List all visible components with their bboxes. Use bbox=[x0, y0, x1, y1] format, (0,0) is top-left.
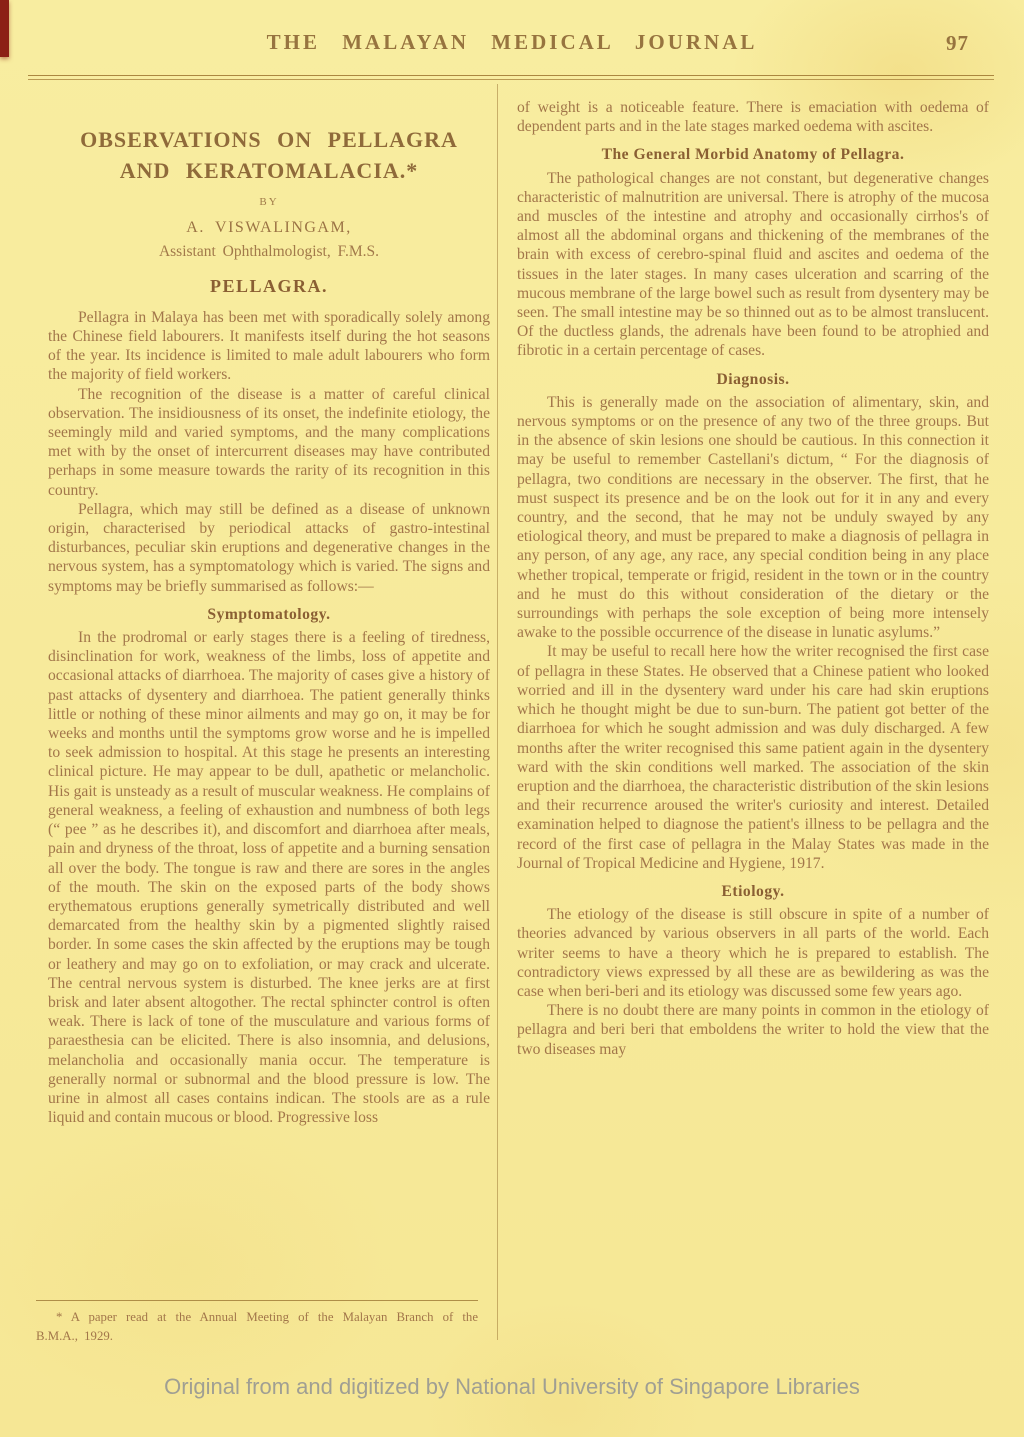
column-divider-rule bbox=[497, 84, 498, 1340]
paragraph: In the prodromal or early stages there i… bbox=[48, 628, 490, 1127]
paragraph: The recognition of the disease is a matt… bbox=[48, 385, 490, 500]
article-title-line1: OBSERVATIONS ON PELLAGRA bbox=[48, 124, 490, 155]
digitization-caption: Original from and digitized by National … bbox=[0, 1374, 1024, 1400]
header-double-rule bbox=[28, 75, 994, 80]
subheading-morbid-anatomy: The General Morbid Anatomy of Pellagra. bbox=[517, 145, 989, 164]
subheading-diagnosis: Diagnosis. bbox=[517, 370, 989, 389]
article-title-line2: AND KERATOMALACIA.* bbox=[48, 155, 490, 186]
right-column: of weight is a noticeable feature. There… bbox=[517, 98, 989, 1059]
paragraph: It may be useful to recall here how the … bbox=[517, 642, 989, 872]
left-column: OBSERVATIONS ON PELLAGRA AND KERATOMALAC… bbox=[48, 124, 490, 1127]
subheading-symptomatology: Symptomatology. bbox=[48, 605, 490, 624]
paragraph: This is generally made on the associatio… bbox=[517, 393, 989, 643]
paragraph: Pellagra in Malaya has been met with spo… bbox=[48, 308, 490, 385]
paragraph: The etiology of the disease is still obs… bbox=[517, 905, 989, 1001]
paragraph: of weight is a noticeable feature. There… bbox=[517, 98, 989, 136]
paragraph: The pathological changes are not constan… bbox=[517, 169, 989, 361]
byline-label: BY bbox=[48, 193, 490, 212]
paragraph: Pellagra, which may still be defined as … bbox=[48, 500, 490, 596]
footnote-text: * A paper read at the Annual Meeting of … bbox=[36, 1308, 478, 1346]
paragraph: There is no doubt there are many points … bbox=[517, 1001, 989, 1059]
footnote-block: * A paper read at the Annual Meeting of … bbox=[36, 1300, 478, 1346]
journal-title: THE MALAYAN MEDICAL JOURNAL bbox=[0, 30, 1024, 55]
section-heading-pellagra: PELLAGRA. bbox=[48, 277, 490, 296]
author-affiliation: Assistant Ophthalmologist, F.M.S. bbox=[48, 242, 490, 261]
author-name: A. VISWALINGAM, bbox=[48, 218, 490, 237]
subheading-etiology: Etiology. bbox=[517, 882, 989, 901]
journal-page-scan: THE MALAYAN MEDICAL JOURNAL 97 OBSERVATI… bbox=[0, 0, 1024, 1437]
page-number: 97 bbox=[946, 31, 969, 56]
